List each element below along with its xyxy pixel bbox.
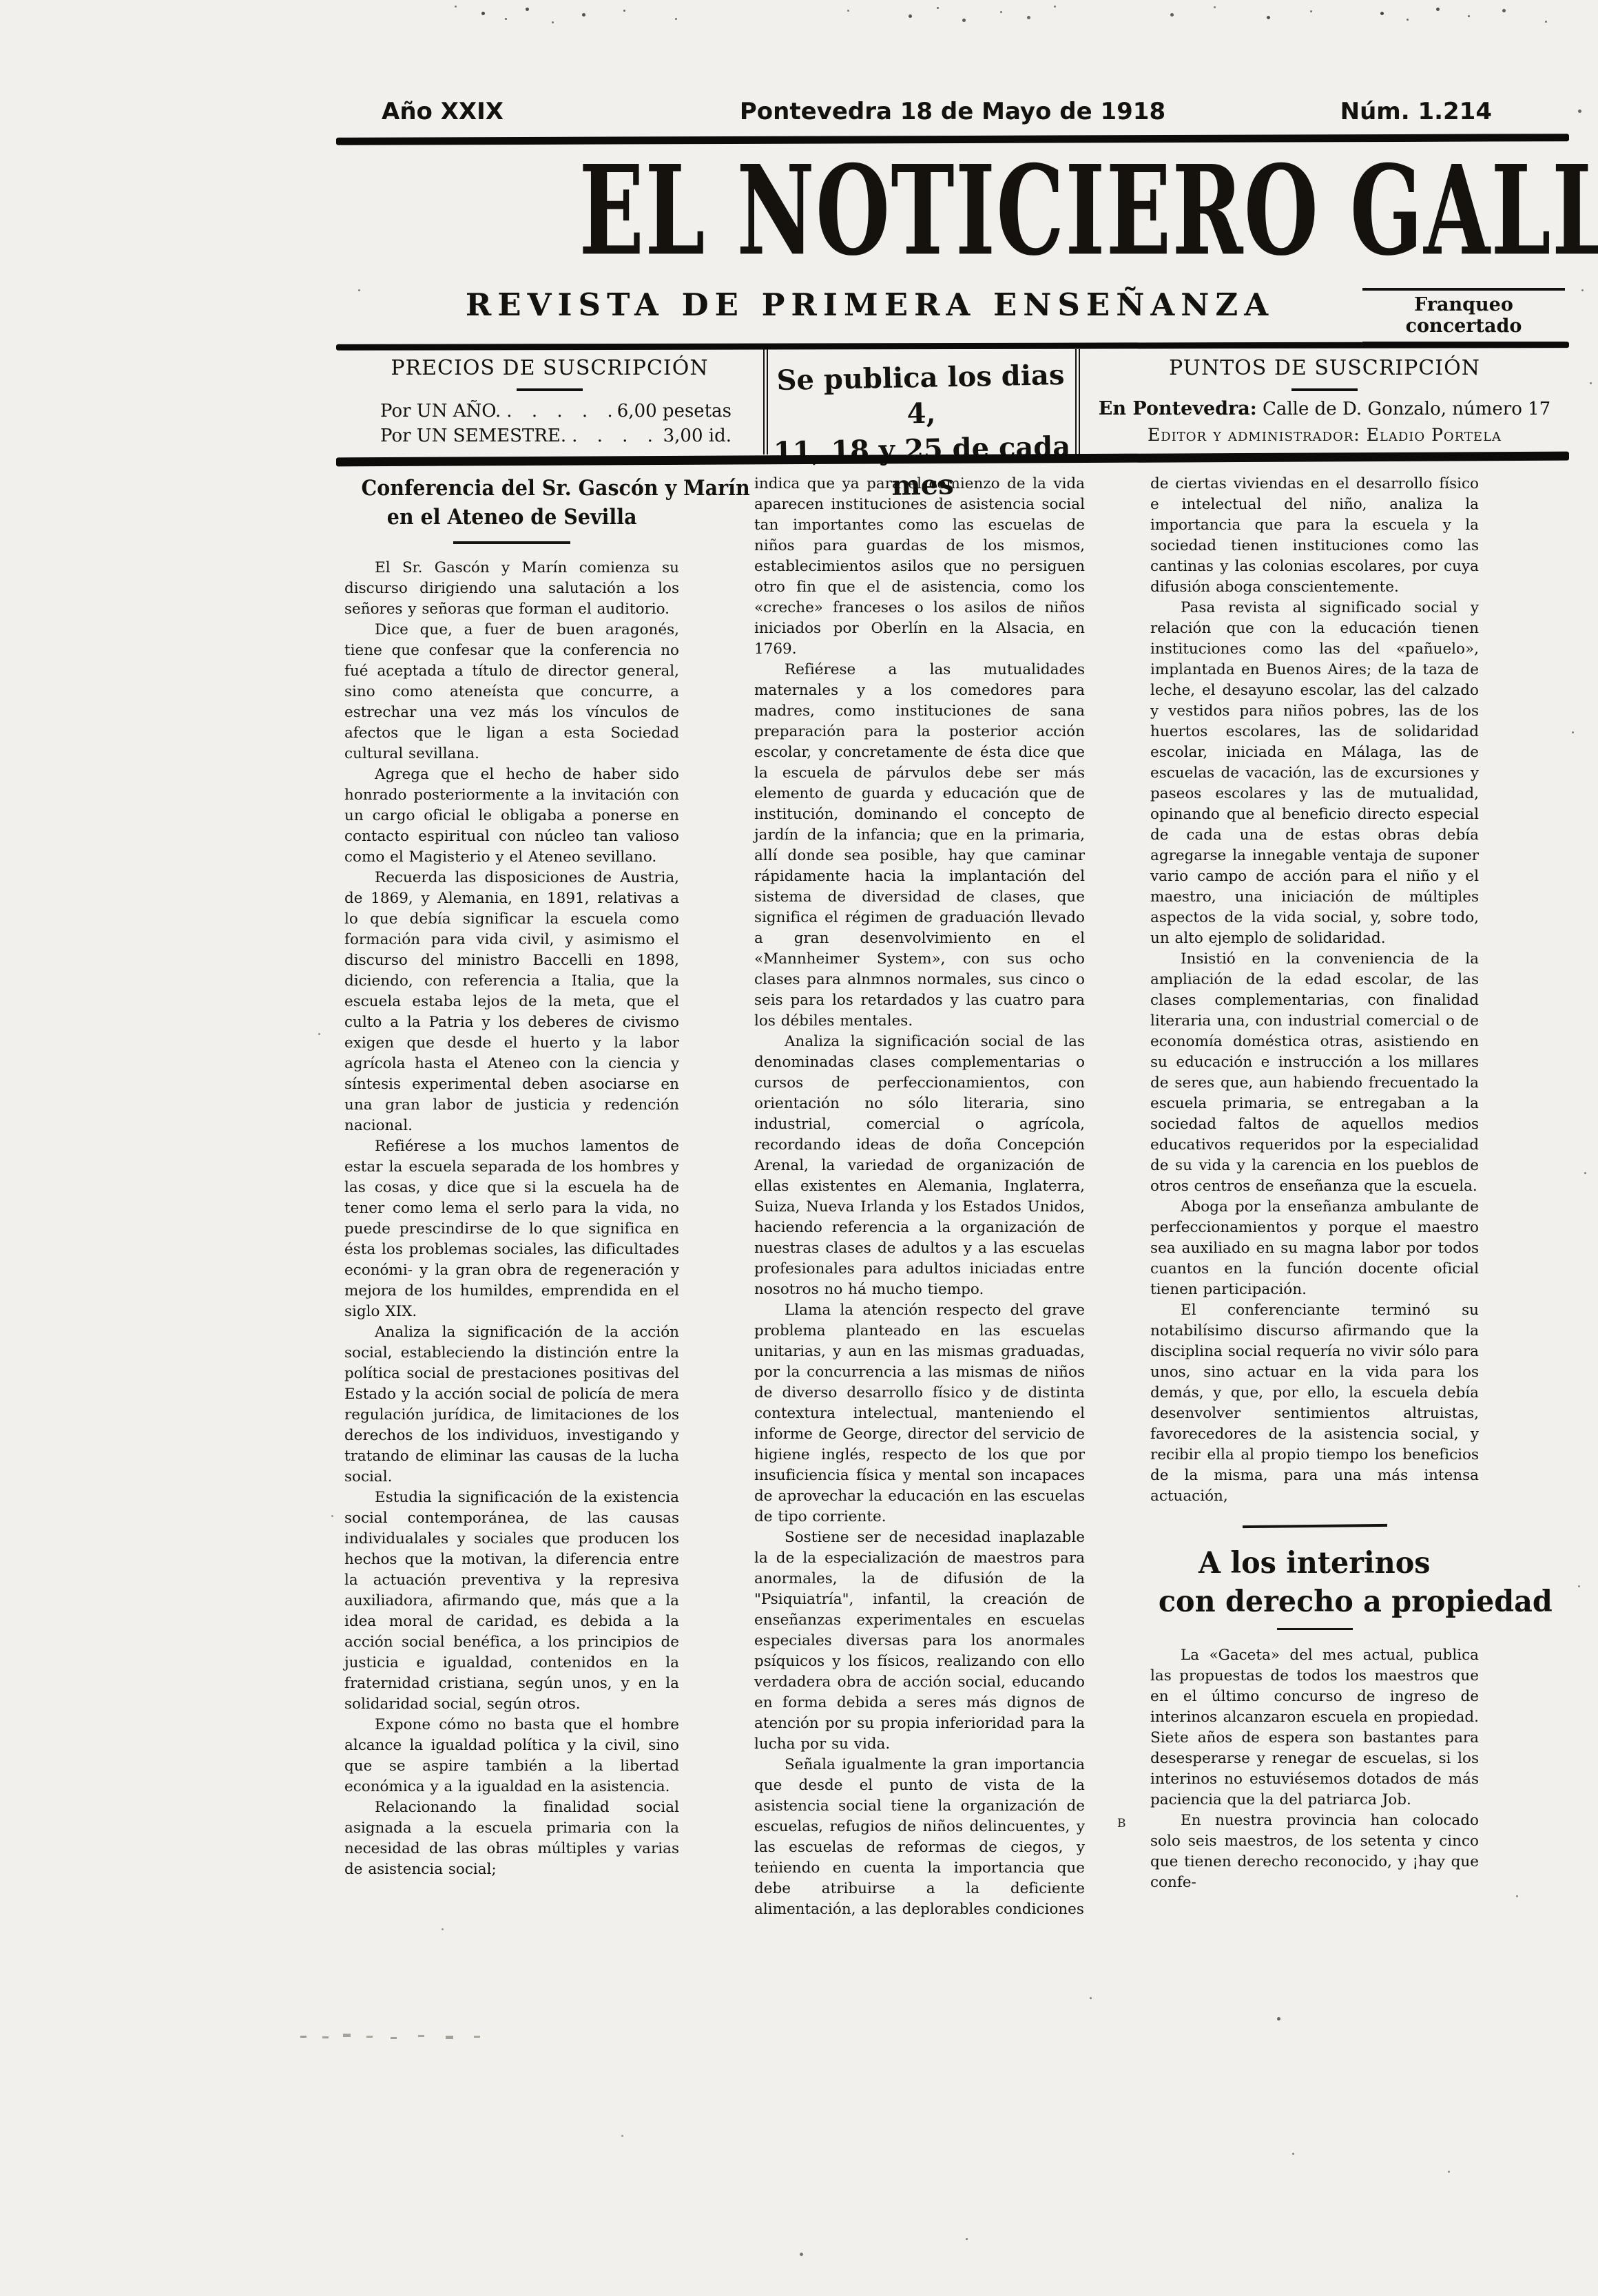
schedule-cell: Se publica los dias 4, 11, 18 y 25 de ca…: [763, 349, 1080, 455]
article2-title-divider: [1277, 1628, 1353, 1630]
scan-smudge: [300, 2036, 307, 2038]
paragraph: La «Gaceta» del mes actual, publica las …: [1150, 1645, 1479, 1810]
paragraph: Recuerda las disposiciones de Austria, d…: [344, 868, 679, 1136]
paragraph: indica que ya para el comienzo de la vid…: [754, 474, 1085, 660]
paragraph: En nuestra provincia han colocado solo s…: [1150, 1810, 1479, 1893]
paragraph: Relacionando la finalidad social asignad…: [344, 1797, 679, 1880]
body-column-1: Conferencia del Sr. Gascón y Marín en el…: [344, 474, 679, 1880]
paragraph: Refiérese a las mutualidades maternales …: [754, 660, 1085, 1032]
paragraph: Pasa revista al significado social y rel…: [1150, 598, 1479, 949]
price-value: 3,00 id.: [663, 424, 731, 448]
issue-date: Pontevedra 18 de Mayo de 1918: [740, 98, 1165, 125]
paragraph: Agrega que el hecho de haber sido honrad…: [344, 764, 679, 868]
paragraph: Dice que, a fuer de buen aragonés, tiene…: [344, 620, 679, 764]
issue-year: Año XXIX: [382, 98, 504, 125]
newspaper-page: B Año XXIX Pontevedra 18 de Mayo de 1918…: [0, 0, 1598, 2296]
paragraph: Sostiene ser de necesidad inaplazable la…: [754, 1527, 1085, 1755]
paragraph: Insistió en la conveniencia de la amplia…: [1150, 949, 1479, 1197]
paragraph: Refiérese a los muchos lamentos de estar…: [344, 1136, 679, 1322]
price-label: Por UN AÑO.: [380, 399, 501, 423]
prices-title: PRECIOS DE SUSCRIPCIÓN: [336, 356, 763, 380]
paragraph: Aboga por la enseñanza ambulante de perf…: [1150, 1197, 1479, 1300]
price-label: Por UN SEMESTRE.: [380, 424, 566, 448]
masthead: EL NOTICIERO GALLEGO: [336, 142, 1569, 280]
paragraph: de ciertas viviendas en el desarrollo fí…: [1150, 474, 1479, 598]
article1-title-line1: Conferencia del Sr. Gascón y Marín: [362, 474, 750, 503]
subtitle-row: REVISTA DE PRIMERA ENSEÑANZA Franqueo co…: [336, 286, 1569, 335]
page-content: Año XXIX Pontevedra 18 de Mayo de 1918 N…: [336, 0, 1569, 2296]
dot-leader: . . . . . .: [501, 399, 616, 423]
prices-divider: [517, 388, 583, 391]
price-value: 6,00 pesetas: [617, 399, 731, 423]
page-title: EL NOTICIERO GALLEGO: [579, 139, 1598, 282]
points-title: PUNTOS DE SUSCRIPCIÓN: [1080, 356, 1569, 380]
price-row-year: Por UN AÑO. . . . . . . 6,00 pesetas: [336, 398, 763, 423]
points-address: En Pontevedra: Calle de D. Gonzalo, núme…: [1080, 398, 1569, 419]
paragraph: Señala igualmente la gran importancia qu…: [754, 1755, 1085, 1920]
paragraph: Llama la atención respecto del grave pro…: [754, 1300, 1085, 1527]
points-divider: [1291, 388, 1358, 391]
points-address-label: En Pontevedra:: [1099, 398, 1257, 419]
body-column-2: indica que ya para el comienzo de la vid…: [754, 474, 1085, 1920]
article-separator-rule: [1242, 1524, 1387, 1528]
postage-box: Franqueo concertado: [1362, 288, 1565, 344]
points-cell: PUNTOS DE SUSCRIPCIÓN En Pontevedra: Cal…: [1080, 349, 1569, 455]
paragraph: El Sr. Gascón y Marín comienza su discur…: [344, 558, 679, 620]
article1-title: Conferencia del Sr. Gascón y Marín en el…: [344, 474, 679, 532]
paragraph: El conferenciante terminó su notabilísim…: [1150, 1300, 1479, 1507]
article2-title-line1: A los interinos: [1198, 1544, 1430, 1583]
article2-title: A los interinos con derecho a propiedad: [1150, 1544, 1479, 1621]
paragraph: Analiza la significación de la acción so…: [344, 1322, 679, 1488]
points-address-rest: Calle de D. Gonzalo, número 17: [1257, 399, 1551, 419]
paragraph: Estudia la significación de la existenci…: [344, 1488, 679, 1715]
paragraph: Analiza la significación social de las d…: [754, 1032, 1085, 1300]
scan-speckles: [0, 0, 2, 2]
subscription-band: PRECIOS DE SUSCRIPCIÓN Por UN AÑO. . . .…: [336, 349, 1569, 455]
issue-number: Núm. 1.214: [1340, 98, 1492, 125]
paragraph: Expone cómo no basta que el hombre alcan…: [344, 1715, 679, 1797]
prices-cell: PRECIOS DE SUSCRIPCIÓN Por UN AÑO. . . .…: [336, 349, 763, 455]
article1-title-divider: [453, 541, 570, 544]
editor-line: Editor y administrador: Eladio Portela: [1080, 425, 1569, 445]
article2-title-line2: con derecho a propiedad: [1159, 1583, 1553, 1621]
issue-line: Año XXIX Pontevedra 18 de Mayo de 1918 N…: [336, 98, 1569, 131]
price-row-semester: Por UN SEMESTRE. . . . . 3,00 id.: [336, 423, 763, 448]
article1-title-line2: en el Ateneo de Sevilla: [387, 503, 637, 532]
body-column-3: de ciertas viviendas en el desarrollo fí…: [1150, 474, 1479, 1893]
dot-leader: . . . .: [566, 424, 663, 448]
schedule-line1: Se publica los dias 4,: [767, 357, 1075, 435]
